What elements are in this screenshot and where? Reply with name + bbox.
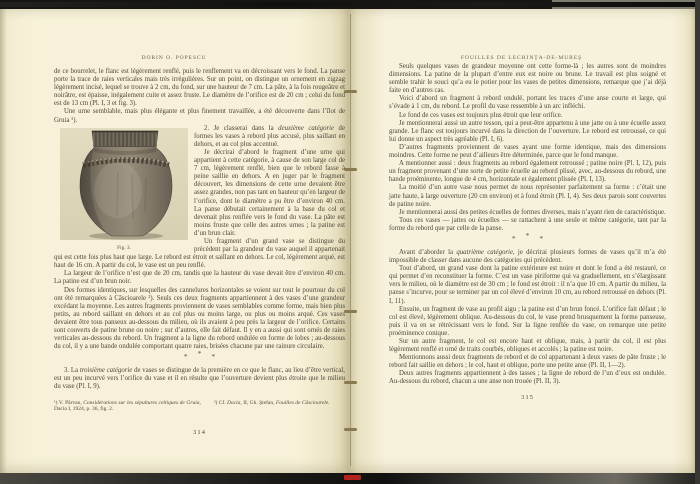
page-number-left: 314: [54, 429, 345, 437]
right-running-header: FOUILLES DE LECHINŢA-DE-MUREŞ: [348, 55, 695, 61]
paragraph: Tout d’abord, un grand vase dont la pati…: [389, 265, 666, 305]
binding-stitch: [344, 428, 357, 431]
section-separator: ***: [54, 353, 345, 366]
paragraph: Le fond de ces vases est toujours plus é…: [389, 112, 666, 120]
asterisk: *: [184, 353, 188, 361]
left-page: DORIN O. POPESCU de ce bourrelet, le fla…: [0, 9, 348, 473]
text-run: II, Gh. Ştefan,: [242, 400, 276, 406]
footnote-2: ²) Cf. Dacia, II, Gh. Ştefan, Fouilles d…: [214, 400, 345, 413]
binding-stitch: [344, 310, 357, 313]
binding-stitch: [344, 90, 357, 93]
figure-caption: Fig. 3.: [60, 245, 188, 251]
book-cover-top-edge: [0, 2, 700, 7]
text-run: Avant d’aborder la: [399, 249, 456, 256]
gutter-crease: [350, 14, 351, 466]
right-text-column: Seuls quelques vases de grandeur moyenne…: [389, 63, 666, 402]
asterisk: *: [539, 235, 543, 243]
paragraph: Je mentionnerai aussi un autre tesson, q…: [389, 120, 666, 144]
paragraph: Mentionnons aussi deux fragments de rebo…: [389, 354, 666, 370]
text-run: Dacia I, 1924, p. 36, fig. 2.: [54, 406, 113, 412]
page-number-right: 315: [389, 394, 666, 402]
footnote-1: ¹) V. Pârvan, Considérations sur les sép…: [54, 400, 201, 413]
paragraph: Sur un autre fragment, le col est encore…: [389, 338, 666, 354]
paragraph: Voici d’abord un fragment à rebord ondul…: [389, 95, 666, 111]
right-page: FOUILLES DE LECHINŢA-DE-MUREŞ Seuls quel…: [348, 9, 695, 473]
text-run-italic: Fouilles de Căscioarele.: [276, 400, 330, 406]
text-run-italic: quatrième catégorie: [456, 249, 513, 256]
binding-stitch: [344, 168, 357, 171]
red-bookmark-speck: [344, 475, 361, 480]
paragraph: Je mentionnerai aussi des petites écuell…: [389, 209, 666, 217]
book-scan: { "colors": { "page_cream": "#f6f1d8", "…: [0, 0, 700, 484]
asterisk: *: [512, 235, 516, 243]
paragraph-cat3: 3. La troisième catégorie de vases se di…: [54, 367, 345, 391]
left-running-header: DORIN O. POPESCU: [0, 55, 348, 61]
paragraph-cat4: Avant d’aborder la quatrième catégorie, …: [389, 249, 666, 265]
text-run-italic: deuxième catégorie: [278, 125, 334, 132]
text-run-italic: Considérations sur les sépultures celtiq…: [83, 400, 201, 406]
vase-photo: [60, 128, 188, 240]
section-separator: ***: [389, 235, 666, 248]
text-run-italic: Dacia,: [227, 400, 242, 406]
paragraph: Seuls quelques vases de grandeur moyenne…: [389, 63, 666, 95]
paragraph: La moitié d’un autre vase nous permet de…: [389, 184, 666, 208]
paragraph-urne: Une urne semblable, mais plus élégante e…: [54, 108, 345, 124]
asterisk: *: [526, 232, 530, 240]
text-run-italic: troisième catégorie: [80, 367, 133, 374]
paragraph-continued: de ce bourrelet, le flanc est légèrement…: [54, 68, 345, 108]
text-run: 3. La: [64, 367, 80, 374]
text-run: ¹) V. Pârvan,: [54, 400, 83, 406]
footnotes: ¹) V. Pârvan, Considérations sur les sép…: [54, 400, 345, 413]
text-run: 2. Je classerai dans la: [204, 125, 278, 132]
asterisk: *: [198, 350, 202, 358]
text-run: ²) Cf.: [214, 400, 227, 406]
binding-stitch: [344, 381, 357, 384]
paragraph-formes-identiques: Des formes identiques, sur lesquelles de…: [54, 287, 345, 352]
figure-3: Fig. 3.: [60, 128, 188, 251]
paragraph: A mentionner aussi : deux fragments au r…: [389, 160, 666, 184]
paragraph: Deux autres fragments appartiennent à de…: [389, 370, 666, 386]
left-text-column: de ce bourrelet, le flanc est légèrement…: [54, 68, 345, 437]
asterisk: *: [211, 353, 215, 361]
paragraph-largeur: La largeur de l’orifice n’est que de 20 …: [54, 270, 345, 286]
paragraph: D’autres fragments proviennent de vases …: [389, 144, 666, 160]
paragraph: Ensuite, un fragment de vase au profil a…: [389, 306, 666, 338]
book-cover-right-edge: [695, 0, 700, 484]
